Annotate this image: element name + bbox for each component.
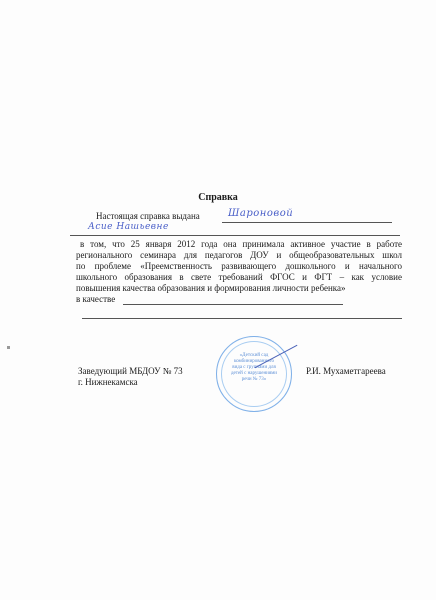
body-line-2: регионального семинара для педагогов ДОУ…	[76, 250, 402, 261]
signatory-name: Р.И. Мухаметгареева	[306, 366, 386, 377]
body-line-4: школьного образования в свете требований…	[76, 272, 402, 283]
body-line-1: в том, что 25 января 2012 года она прини…	[80, 239, 402, 250]
document-title: Справка	[0, 192, 436, 203]
signer-city: г. Нижнекамска	[78, 377, 138, 388]
issued-to-underline	[222, 222, 392, 223]
capacity-label: в качестве	[76, 294, 115, 305]
handwritten-name: Асие Нашьевне	[88, 222, 169, 232]
body-line-5: повышения качества образования и формиро…	[76, 283, 346, 294]
signer-position: Заведующий МБДОУ № 73	[78, 366, 183, 377]
handwritten-surname: Шароновой	[228, 208, 293, 219]
body-line-3: по проблеме «Преемственность развивающег…	[76, 261, 402, 272]
name-underline	[70, 235, 400, 236]
scanned-document-page: Справка Настоящая справка выдана Шаронов…	[0, 0, 436, 600]
issued-to-label: Настоящая справка выдана	[96, 211, 200, 222]
extra-underline	[82, 318, 402, 319]
capacity-underline	[123, 304, 343, 305]
scan-speck	[7, 346, 10, 349]
official-stamp: «Детский сад комбинированного вида с гру…	[216, 336, 292, 412]
